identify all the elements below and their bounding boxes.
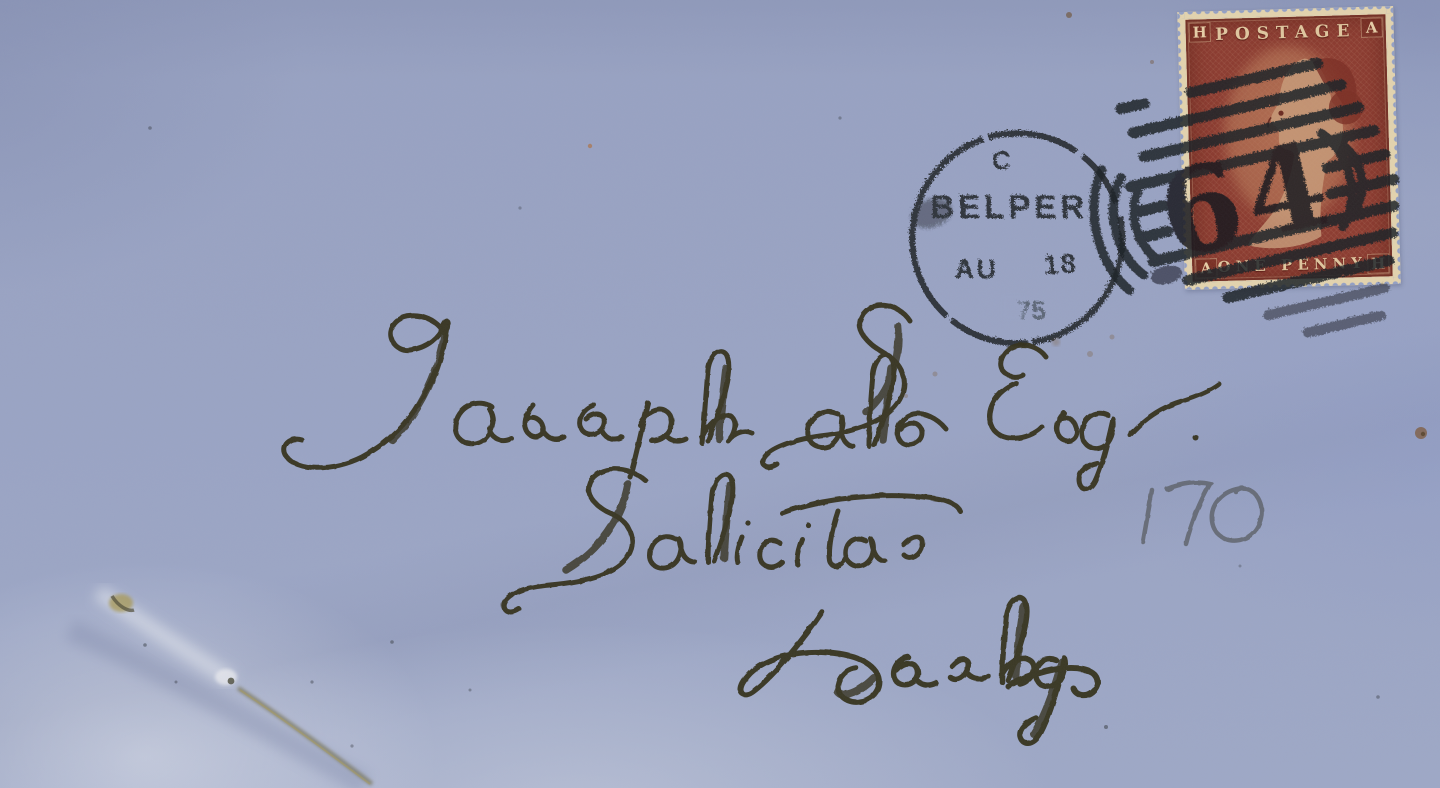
ink-smudge: [906, 192, 955, 232]
pencil-docket-number: [1143, 483, 1262, 544]
stamp-corner-letter-bottom-left: A: [1195, 258, 1218, 279]
address-line-town: [741, 598, 1098, 744]
stamp-corner-letter-top-right: A: [1360, 17, 1383, 38]
postmark-town: BELPER: [929, 187, 1087, 224]
worn-ink-patch: [1002, 294, 1024, 320]
ink-blob: [1147, 262, 1182, 287]
cancel-left-arcs: [1081, 161, 1160, 294]
crease-stain: [70, 592, 372, 785]
postmark-date-month: AU: [954, 253, 997, 283]
queen-victoria-portrait-icon: [1185, 14, 1392, 281]
address-line-name: [284, 305, 1219, 489]
duplex-datestamp: C BELPER AU 18 75: [906, 132, 1121, 342]
stamp-corner-letter-top-left: H: [1188, 22, 1211, 43]
stamp-engraving: POSTAGE ONE PENNY H A A H: [1185, 14, 1392, 281]
cancel-bars-lower: [1266, 287, 1389, 339]
postmark-date-day: 18: [1041, 247, 1077, 279]
address-line-occupation: [504, 469, 960, 612]
postmark-year: 75: [1016, 294, 1045, 324]
stamp-corner-letter-bottom-right: H: [1367, 253, 1390, 274]
datestamp-circle: [911, 132, 1121, 342]
envelope-photo: POSTAGE ONE PENNY H A A H: [0, 0, 1440, 788]
penny-red-stamp: POSTAGE ONE PENNY H A A H: [1177, 6, 1401, 290]
handwritten-address: [284, 305, 1219, 743]
postmark-index-letter: C: [991, 144, 1010, 174]
